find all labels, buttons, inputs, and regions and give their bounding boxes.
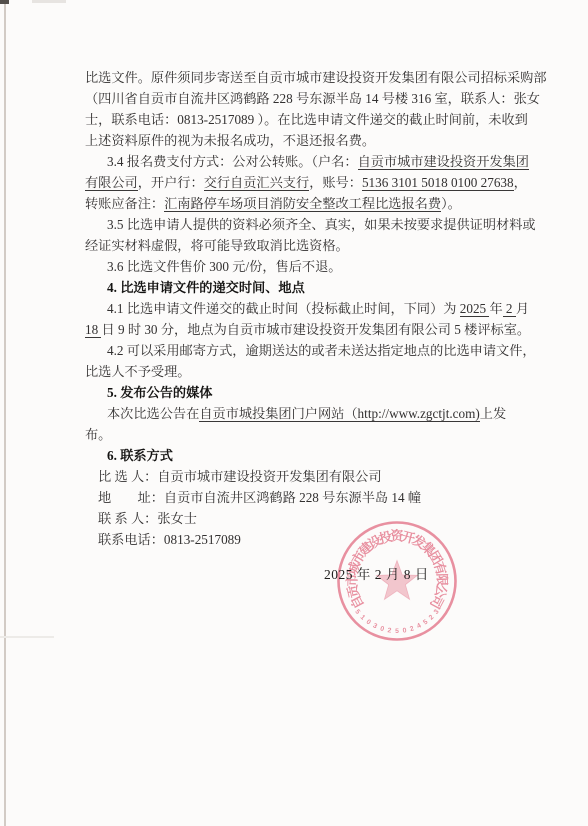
underlined-text: 5136 3101 5018 0100 27638 (362, 175, 514, 191)
text-segment: 3.6 比选文件售价 300 元/份，售后不退。 (107, 259, 341, 274)
document-line: 比 选 人：自贡市城市建设投资开发集团有限公司 (85, 466, 503, 487)
document-line: 4. 比选申请文件的递交时间、地点 (85, 277, 503, 298)
text-segment: ， (514, 175, 527, 190)
document-line: 6. 联系方式 (85, 445, 503, 466)
svg-text:3: 3 (372, 622, 379, 630)
text-segment: 月 (516, 301, 529, 316)
text-segment: ，开户行： (138, 175, 204, 190)
underlined-text: 汇南路停车场项目消防安全整改工程比选报名费 (164, 196, 441, 212)
underlined-text: 2025 (460, 301, 490, 317)
text-segment: 本次比选公告在 (107, 406, 199, 421)
underlined-text: 2 (503, 301, 516, 317)
document-date: 2025 年 2 月 8 日 (324, 566, 429, 584)
text-block: 比选文件。原件须同步寄送至自贡市城市建设投资开发集团有限公司招标采购部（四川省自… (85, 67, 503, 550)
text-segment: 3.5 比选申请人提供的资料必须齐全、真实，如果未按要求提供证明材料或 (107, 217, 536, 232)
document-line: 上述资料原件的视为未报名成功，不退还报名费。 (85, 130, 503, 151)
document-line: 转账应备注：汇南路停车场项目消防安全整改工程比选报名费）。 (85, 193, 503, 214)
text-segment: 4.1 比选申请文件递交的截止时间（投标截止时间，下同）为 (107, 301, 460, 316)
text-segment: 上述资料原件的视为未报名成功，不退还报名费。 (85, 133, 375, 148)
text-segment: 联系电话：0813-2517089 (98, 532, 241, 547)
underlined-text: 自贡市城市建设投资开发集团 (358, 154, 529, 170)
svg-text:0: 0 (402, 627, 407, 635)
text-segment: 比 选 人：自贡市城市建设投资开发集团有限公司 (98, 469, 382, 484)
document-line: 3.5 比选申请人提供的资料必须齐全、真实，如果未按要求提供证明材料或 (85, 214, 503, 235)
text-segment: 日 9 时 30 分，地点为自贡市城市建设投资开发集团有限公司 5 楼评标室。 (101, 322, 530, 337)
svg-text:5: 5 (395, 628, 399, 635)
underlined-text: 自贡市城投集团门户网站（http://www.zgctjt.com) (199, 406, 479, 422)
document-line: 5. 发布公告的媒体 (85, 382, 503, 403)
document-line: 地 址：自贡市自流井区鸿鹤路 228 号东源半岛 14 幢 (85, 487, 503, 508)
svg-text:2: 2 (387, 627, 392, 635)
document-line: 18 日 9 时 30 分，地点为自贡市城市建设投资开发集团有限公司 5 楼评标… (85, 319, 503, 340)
text-segment: ，账号： (309, 175, 362, 190)
svg-text:4: 4 (416, 622, 423, 630)
text-segment: 上发 (480, 406, 506, 421)
text-segment: ）。 (441, 196, 461, 211)
scan-streak-artifact (0, 636, 54, 638)
document-line: 4.1 比选申请文件递交的截止时间（投标截止时间，下同）为 2025 年 2 月 (85, 298, 503, 319)
underlined-text: 交行自贡汇兴支行 (204, 175, 310, 191)
document-line: 士，联系电话：0813-2517089 ）。在比选申请文件递交的截止时间前，未收… (85, 109, 503, 130)
underlined-text: 有限公司 (85, 175, 138, 191)
document-line: 比选文件。原件须同步寄送至自贡市城市建设投资开发集团有限公司招标采购部 (85, 67, 503, 88)
text-segment: 年 (489, 301, 502, 316)
text-segment: 地 址：自贡市自流井区鸿鹤路 228 号东源半岛 14 幢 (98, 490, 421, 505)
text-segment: （四川省自贡市自流井区鸿鹤路 228 号东源半岛 14 号楼 316 室，联系人… (85, 91, 540, 106)
text-segment: 比选人不予受理。 (85, 364, 191, 379)
svg-text:5: 5 (422, 618, 429, 626)
underlined-text: 18 (85, 322, 101, 338)
document-line: 经证实材料虚假，将可能导致取消比选资格。 (85, 235, 503, 256)
document-line: 布。 (85, 424, 503, 445)
svg-text:2: 2 (409, 625, 415, 633)
scan-smudge-artifact (32, 0, 66, 3)
svg-text:2: 2 (428, 614, 436, 622)
text-segment: 5. 发布公告的媒体 (107, 385, 213, 400)
text-segment: 转账应备注： (85, 196, 164, 211)
scan-corner-artifact (0, 0, 9, 4)
text-segment: 布。 (85, 427, 111, 442)
text-segment: 6. 联系方式 (107, 448, 173, 463)
text-segment: 3.4 报名费支付方式：公对公转账。（户名： (107, 154, 358, 169)
document-line: 3.4 报名费支付方式：公对公转账。（户名：自贡市城市建设投资开发集团 (85, 151, 503, 172)
svg-text:1: 1 (359, 614, 367, 622)
text-segment: 经证实材料虚假，将可能导致取消比选资格。 (85, 238, 349, 253)
document-line: 比选人不予受理。 (85, 361, 503, 382)
document-line: 4.2 可以采用邮寄方式，逾期送达的或者未送达指定地点的比选申请文件， (85, 340, 503, 361)
document-line: 3.6 比选文件售价 300 元/份，售后不退。 (85, 256, 503, 277)
document-line: 有限公司，开户行：交行自贡汇兴支行，账号：5136 3101 5018 0100… (85, 172, 503, 193)
document-line: 本次比选公告在自贡市城投集团门户网站（http://www.zgctjt.com… (85, 403, 503, 424)
text-segment: 士，联系电话：0813-2517089 ）。在比选申请文件递交的截止时间前，未收… (85, 112, 528, 127)
text-segment: 比选文件。原件须同步寄送至自贡市城市建设投资开发集团有限公司招标采购部 (85, 70, 547, 85)
page-edge-line (4, 0, 6, 826)
scanned-page: 比选文件。原件须同步寄送至自贡市城市建设投资开发集团有限公司招标采购部（四川省自… (0, 0, 588, 826)
svg-text:0: 0 (379, 625, 385, 633)
document-line: （四川省自贡市自流井区鸿鹤路 228 号东源半岛 14 号楼 316 室，联系人… (85, 88, 503, 109)
text-segment: 4.2 可以采用邮寄方式，逾期送达的或者未送达指定地点的比选申请文件， (107, 343, 536, 358)
svg-text:0: 0 (365, 619, 372, 627)
text-segment: 联 系 人：张女士 (98, 511, 197, 526)
text-segment: 4. 比选申请文件的递交时间、地点 (107, 280, 305, 295)
